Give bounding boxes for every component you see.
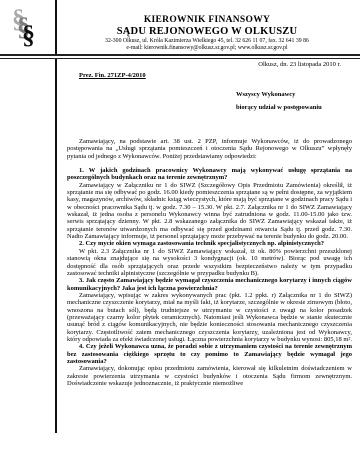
horizontal-double-rule	[0, 54, 360, 59]
addressee-block: Wszyscy Wykonawcy biorący udział w postę…	[236, 88, 322, 114]
question-2: 2. Czy mycie okien wymaga zastosowania t…	[67, 240, 352, 247]
letterhead-title: KIEROWNIK FINANSOWY	[60, 15, 354, 25]
section-sign-icon: §	[22, 22, 35, 48]
addressee-line1: Wszyscy Wykonawcy	[236, 88, 322, 101]
paragraph-symbols-logo: § § §	[6, 6, 54, 56]
intro-paragraph: Zamawiający, na podstawie art. 38 ust. 2…	[67, 138, 352, 160]
letter-page: § § § KIEROWNIK FINANSOWY SĄDU REJONOWEG…	[0, 0, 360, 466]
question-3: 3. Jak często Zamawiający będzie wymagał…	[67, 277, 352, 292]
letterhead-address: 32-300 Olkusz, ul. Króla Kazimierza Wiel…	[60, 38, 354, 44]
vertical-rule	[55, 0, 57, 433]
letter-body: Zamawiający, na podstawie art. 38 ust. 2…	[67, 138, 352, 387]
reference-number: Prez. Fin. 271ZP-4/2010	[79, 72, 146, 79]
letterhead-contact: e-mail: kierownik.finansowy@olkusz.sr.go…	[60, 45, 354, 51]
letterhead-subtitle: SĄDU REJONOWEGO W OLKUSZU	[60, 26, 354, 37]
question-1: 1. W jakich godzinach pracownicy Wykonaw…	[67, 167, 352, 182]
letterhead: KIEROWNIK FINANSOWY SĄDU REJONOWEGO W OL…	[60, 15, 354, 51]
date-line: Olkusz, dn. 23 listopada 2010 r.	[258, 61, 341, 68]
question-4: 4. Czy jeżeli Wykonawca uzna, że poradzi…	[67, 343, 352, 365]
answer-3: Zamawiający, wpisując w zakres wykonywan…	[67, 292, 352, 343]
answer-2: W pkt. 2.3 Załącznika nr 1 do SIWZ Zamaw…	[67, 248, 352, 277]
answer-4: Zamawiający, dokonując opisu przedmiotu …	[67, 365, 352, 387]
answer-1: Zamawiający w Załączniku nr 1 do SIWZ (S…	[67, 182, 352, 241]
addressee-line2: biorący udział w postępowaniu	[236, 101, 322, 114]
